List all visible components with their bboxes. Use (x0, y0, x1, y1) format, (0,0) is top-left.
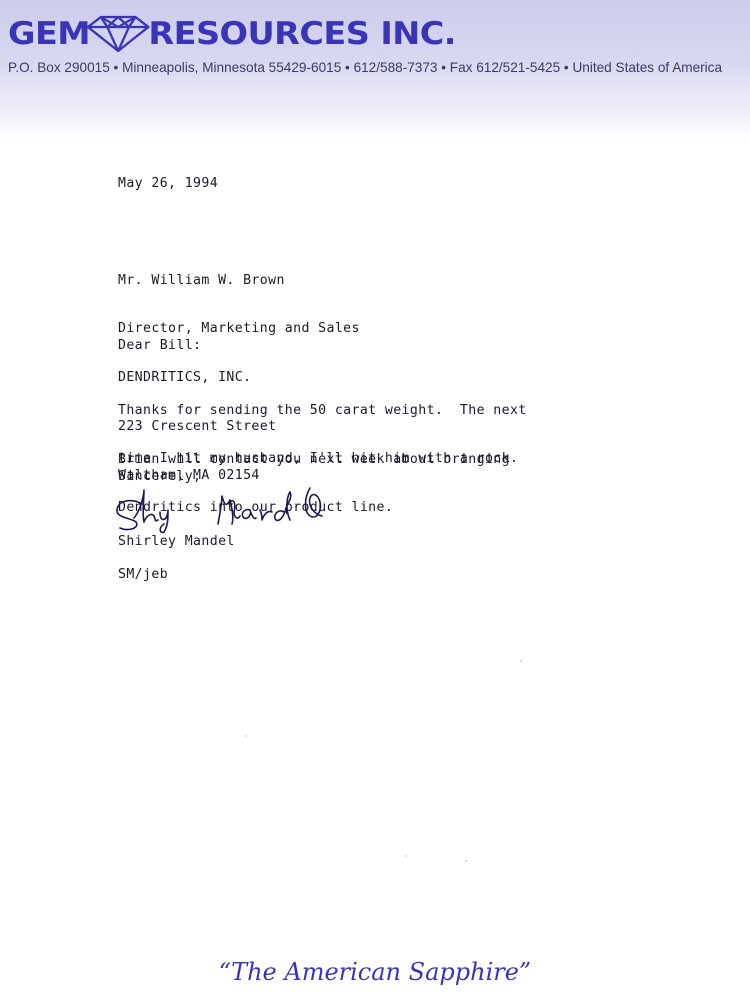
salutation: Dear Bill: (118, 338, 201, 354)
paper-speck (520, 660, 522, 662)
paragraph-line: Thanks for sending the 50 carat weight. … (118, 403, 527, 419)
letterhead: GEM RESOURCES INC. P.O. Box 290015 • Min… (0, 0, 750, 140)
company-logo: GEM RESOURCES INC. (8, 14, 456, 54)
paper-speck (405, 855, 407, 857)
company-name-rest: RESOURCES INC. (148, 16, 456, 52)
company-address: P.O. Box 290015 • Minneapolis, Minnesota… (8, 60, 722, 75)
paper-speck (245, 735, 247, 737)
company-name-prefix: GEM (8, 16, 90, 52)
typist-initials: SM/jeb (118, 567, 168, 583)
paper-speck (465, 860, 467, 862)
signer-name: Shirley Mandel (118, 534, 235, 550)
paragraph-line: Brian will contact you next week about b… (118, 452, 510, 468)
recipient-title: Director, Marketing and Sales (118, 321, 360, 337)
letter-date: May 26, 1994 (118, 176, 218, 192)
diamond-icon (86, 15, 151, 53)
handwritten-signature (114, 478, 354, 534)
recipient-name: Mr. William W. Brown (118, 273, 360, 289)
footer-tagline: “The American Sapphire” (0, 958, 750, 986)
